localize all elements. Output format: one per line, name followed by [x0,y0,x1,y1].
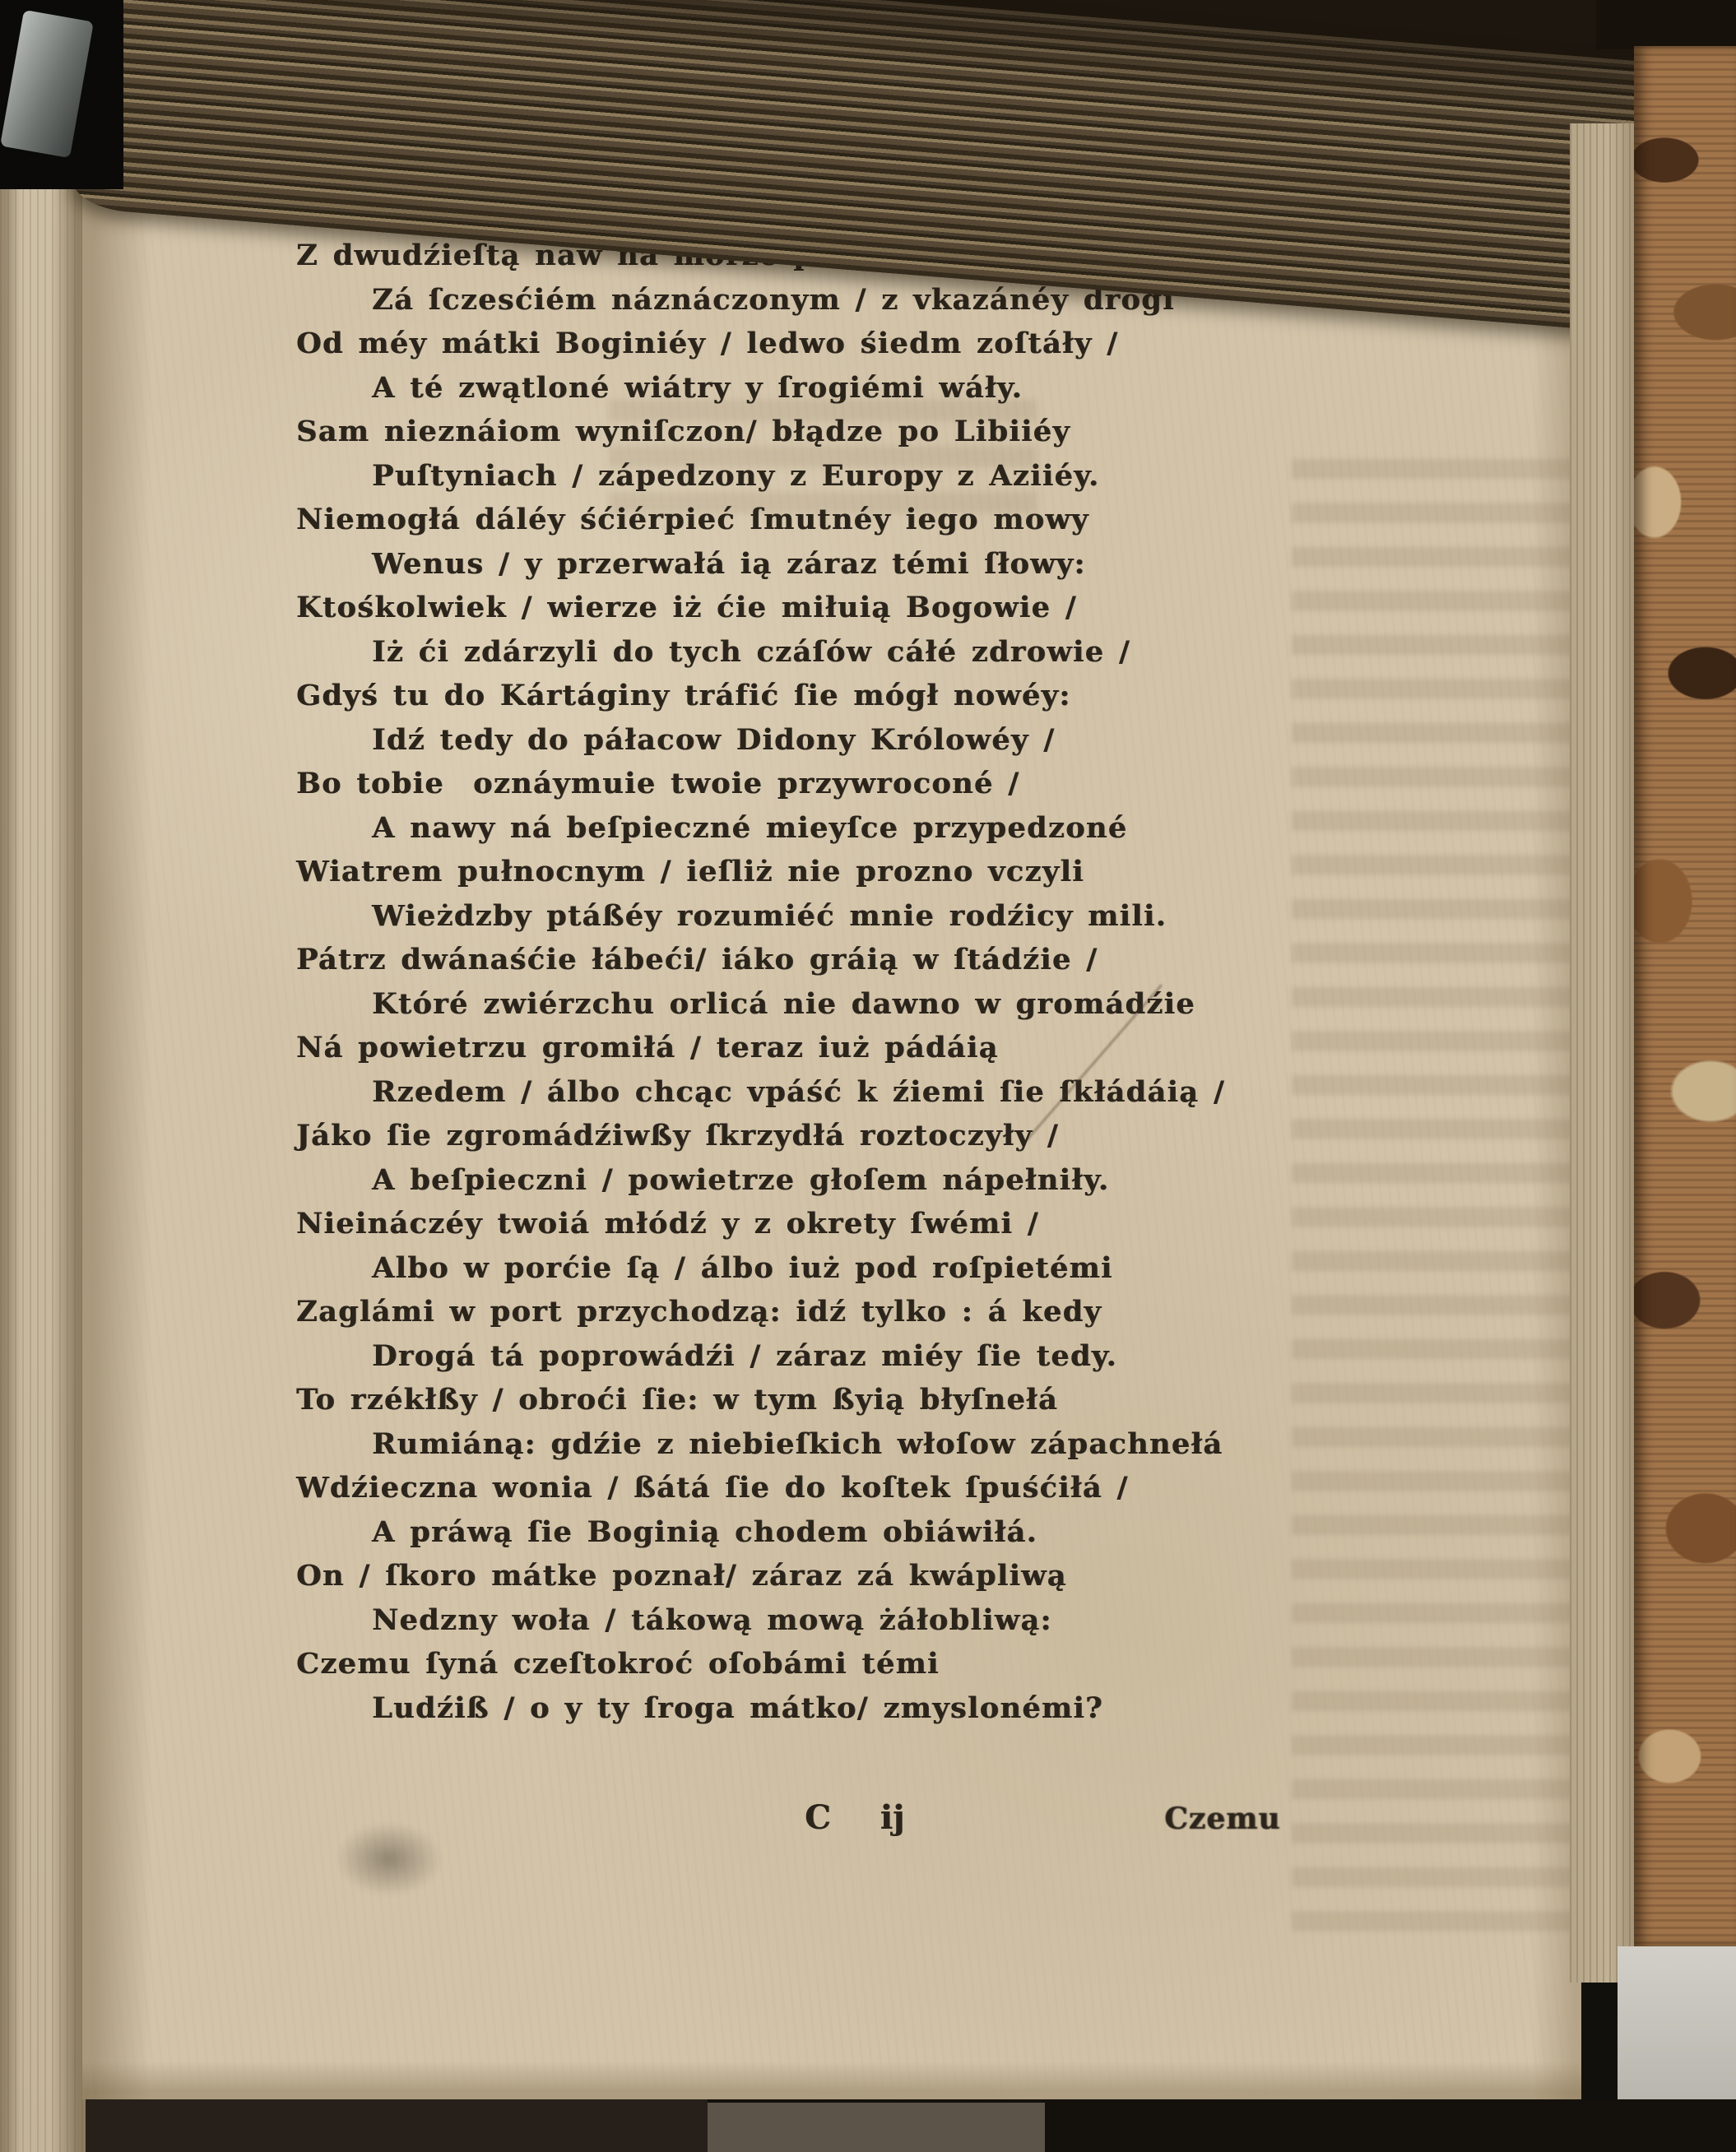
signature-mark: C ij [805,1798,904,1837]
poem-line: Któré zwiérzchu orlicá nie dawno w gromá… [296,982,1580,1027]
poem-line: Od méy mátki Boginiéy / ledwo śiedm zoſt… [296,322,1580,366]
poem-line: Wdźieczna wonia / ßátá ſie do koſtek ſpu… [296,1466,1580,1510]
poem-line: Idź tedy do páłacow Didony Królowéy / [296,718,1580,763]
poem-line: Jáko ſie zgromádźiwßy ſkrzydłá roztoczył… [296,1114,1580,1158]
poem-line: Ktośkolwiek / wierze iż ćie miłuią Bogow… [296,586,1580,630]
poem-line: Drogá tá poprowádźi / záraz miéy ſie ted… [296,1334,1580,1379]
poem-line: Czemu ſyná czeſtokroć oſobámi témi [296,1642,1580,1686]
poem-line: A té zwątloné wiátry y ſrogiémi wáły. [296,366,1580,410]
poem-line: Gdyś tu do Kártáginy tráfić ſie mógł now… [296,674,1580,718]
poem-line: A práwą ſie Boginią chodem obiáwiłá. [296,1510,1580,1555]
poem-line: A beſpieczni / powietrze głoſem nápełnił… [296,1158,1580,1203]
poem-line: To rzékłßy / obroći ſie: w tym ßyią błyſ… [296,1378,1580,1422]
poem-line: Albo w porćie ſą / álbo iuż pod roſpieté… [296,1246,1580,1291]
poem-line: Zaglámi w port przychodzą: idź tylko : á… [296,1290,1580,1334]
poem-line: Nedzny woła / tákową mową żáłobliwą: [296,1598,1580,1643]
bottom-shadow-band-mid [708,2103,1045,2152]
scanned-book-photo: Kśiegá pierwſza. 19 10 Z dwudźieſtą naw … [0,0,1736,2152]
poem-line: Niemogłá dáléy śćiérpieć ſmutnéy iego mo… [296,498,1580,542]
bottom-shadow-band-left [86,2099,708,2152]
ink-smudge [336,1822,443,1896]
poem-line: Rumiáną: gdźie z niebieſkich włoſow zápa… [296,1422,1580,1467]
poem-line: Bo tobie oznáymuie twoie przywroconé / [296,762,1580,806]
right-page-edges [1570,123,1639,1983]
table-surface [1618,1946,1736,2099]
poem-line: Ná powietrzu gromiłá / teraz iuż pádáią [296,1026,1580,1070]
poem: Z dwudźieſtą naw ná morze pchnąłem ſie v… [296,234,1580,1730]
poem-line: Pátrz dwánaśćie łábeći/ iáko gráią w ſtá… [296,938,1580,982]
poem-line: Wieżdzby ptáßéy rozumiéć mnie rodźicy mi… [296,894,1580,939]
background-shadow-right [1596,0,1736,49]
book-page: Kśiegá pierwſza. 19 10 Z dwudźieſtą naw … [82,188,1581,2099]
marbled-edge [1634,46,1736,1946]
poem-line: Wiatrem pułnocnym / ieſliż nie prozno vc… [296,850,1580,894]
catchword: Czemu [1164,1802,1280,1836]
poem-line: On / ſkoro mátke poznał/ záraz zá kwápli… [296,1554,1580,1598]
poem-line: Nieináczéy twoiá młódź y z okrety ſwémi … [296,1202,1580,1246]
poem-line: Wenus / y przerwałá ią záraz témi ſłowy: [296,542,1580,587]
poem-line: Iż ći zdárzyli do tych czáſów cáłé zdrow… [296,630,1580,675]
left-page-edges [0,66,86,2152]
poem-line: Puſtyniach / zápedzony z Europy z Aziiéy… [296,454,1580,499]
poem-line: Rzedem / álbo chcąc vpáść k źiemi ſie ſk… [296,1070,1580,1115]
poem-line: Ludźiß / o y ty ſroga mátko/ zmyslonémi? [296,1686,1580,1731]
poem-line: Sam nieznáiom wyniſczon/ błądze po Libii… [296,410,1580,454]
poem-line: A nawy ná beſpieczné mieyſce przypedzoné [296,806,1580,851]
